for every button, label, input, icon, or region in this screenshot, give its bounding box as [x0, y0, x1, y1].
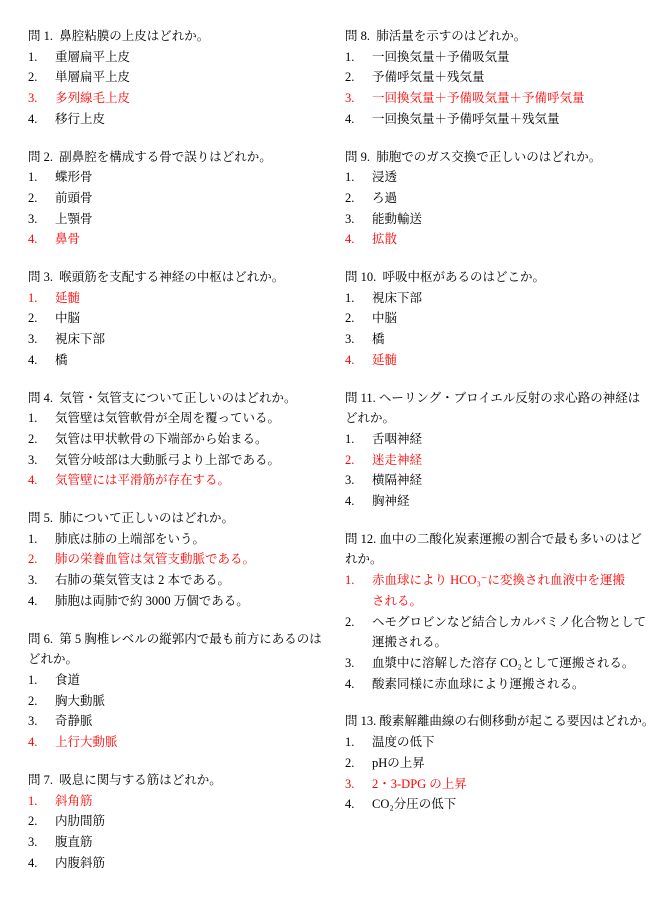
question-heading: 問 6. 第 5 胸椎レベルの縦郭内で最も前方にあるのは どれか。: [28, 629, 345, 670]
option-text: 気管壁には平滑筋が存在する。: [55, 470, 345, 491]
option-text: 多列線毛上皮: [55, 88, 345, 109]
answer-option-row: 3.血漿中に溶解した溶存 CO₂として運搬される。: [345, 653, 662, 674]
option-number: 1.: [28, 408, 55, 429]
option-number: 4.: [28, 732, 55, 753]
question-heading: 問 2. 副鼻腔を構成する骨で誤りはどれか。: [28, 147, 345, 168]
option-number: 2.: [345, 450, 372, 471]
question-heading: 問 5. 肺について正しいのはどれか。: [28, 508, 345, 529]
option-number: 3.: [28, 209, 55, 230]
option-text: 迷走神経: [372, 450, 662, 471]
option-text: ヘモグロビンなど結合しカルバミノ化合物として 運搬される。: [372, 612, 662, 653]
option-number: 4.: [345, 350, 372, 371]
question-block-q12: 問 12. 血中の二酸化炭素運搬の割合で最も多いのはど れか。1.赤血球により …: [345, 529, 662, 695]
answer-option-row: 1.一回換気量＋予備吸気量: [345, 47, 662, 68]
answer-option-row: 2.中脳: [28, 308, 345, 329]
option-text: 内肋間筋: [55, 811, 345, 832]
option-number: 2.: [345, 612, 372, 633]
answer-option-row-highlighted: 4.拡散: [345, 229, 662, 250]
question-heading: 問 3. 喉頭筋を支配する神経の中枢はどれか。: [28, 267, 345, 288]
option-text: 一回換気量＋予備吸気量: [372, 47, 662, 68]
question-block-q11: 問 11. ヘーリング・ブロイエル反射の求心路の神経は どれか。1.舌咽神経2.…: [345, 388, 662, 512]
answer-option-row: 3.視床下部: [28, 329, 345, 350]
option-number: 1.: [28, 791, 55, 812]
option-number: 4.: [345, 674, 372, 695]
answer-option-row: 1.重層扁平上皮: [28, 47, 345, 68]
option-number: 1.: [28, 529, 55, 550]
answer-option-row: 1.温度の低下: [345, 732, 662, 753]
option-number: 3.: [28, 711, 55, 732]
question-block-q3: 問 3. 喉頭筋を支配する神経の中枢はどれか。1.延髄2.中脳3.視床下部4.橋: [28, 267, 345, 371]
question-heading: 問 11. ヘーリング・ブロイエル反射の求心路の神経は どれか。: [345, 388, 662, 429]
option-text: 胸大動脈: [55, 691, 345, 712]
option-text: CO₂分圧の低下: [372, 794, 662, 815]
answer-option-row: 1.蝶形骨: [28, 167, 345, 188]
option-text: 酸素同様に赤血球により運搬される。: [372, 674, 662, 695]
answer-option-row: 1.視床下部: [345, 288, 662, 309]
question-heading: 問 9. 肺胞でのガス交換で正しいのはどれか。: [345, 147, 662, 168]
answer-option-row: 2.気管は甲状軟骨の下端部から始まる。: [28, 429, 345, 450]
option-number: 2.: [345, 188, 372, 209]
option-number: 3.: [345, 88, 372, 109]
option-text: 延髄: [55, 288, 345, 309]
option-number: 2.: [28, 549, 55, 570]
question-heading: 問 4. 気管・気管支について正しいのはどれか。: [28, 388, 345, 409]
option-text: 前頭骨: [55, 188, 345, 209]
answer-option-row: 2.前頭骨: [28, 188, 345, 209]
option-text: 右肺の葉気管支は 2 本である。: [55, 570, 345, 591]
option-number: 1.: [28, 167, 55, 188]
question-block-q13: 問 13. 酸素解離曲線の右側移動が起こる要因はどれか。1.温度の低下2.pHの…: [345, 711, 662, 815]
option-text: 単層扁平上皮: [55, 67, 345, 88]
answer-option-row: 3.能動輸送: [345, 209, 662, 230]
answer-option-row: 4.移行上皮: [28, 109, 345, 130]
answer-option-row: 1.気管壁は気管軟骨が全周を覆っている。: [28, 408, 345, 429]
option-text: 能動輸送: [372, 209, 662, 230]
option-number: 4.: [28, 350, 55, 371]
option-number: 3.: [345, 653, 372, 674]
option-text: 橋: [55, 350, 345, 371]
question-block-q6: 問 6. 第 5 胸椎レベルの縦郭内で最も前方にあるのは どれか。1.食道2.胸…: [28, 629, 345, 753]
option-text: 気管分岐部は大動脈弓より上部である。: [55, 450, 345, 471]
answer-option-row: 2.予備呼気量＋残気量: [345, 67, 662, 88]
option-text: 視床下部: [372, 288, 662, 309]
answer-option-row-highlighted: 4.鼻骨: [28, 229, 345, 250]
answer-option-row: 4.CO₂分圧の低下: [345, 794, 662, 815]
option-number: 4.: [28, 470, 55, 491]
answer-option-row-highlighted: 1.延髄: [28, 288, 345, 309]
answer-option-row: 3.橋: [345, 329, 662, 350]
question-heading: 問 13. 酸素解離曲線の右側移動が起こる要因はどれか。: [345, 711, 662, 732]
option-text: 肺底は肺の上端部をいう。: [55, 529, 345, 550]
option-text: 鼻骨: [55, 229, 345, 250]
answer-option-row: 2.ろ過: [345, 188, 662, 209]
option-number: 1.: [345, 288, 372, 309]
option-number: 4.: [345, 229, 372, 250]
question-heading: 問 10. 呼吸中枢があるのはどこか。: [345, 267, 662, 288]
question-block-q2: 問 2. 副鼻腔を構成する骨で誤りはどれか。1.蝶形骨2.前頭骨3.上顎骨4.鼻…: [28, 147, 345, 251]
option-number: 2.: [28, 308, 55, 329]
option-number: 1.: [28, 670, 55, 691]
question-block-q7: 問 7. 吸息に関与する筋はどれか。1.斜角筋2.内肋間筋3.腹直筋4.内腹斜筋: [28, 770, 345, 874]
answer-option-row: 2.内肋間筋: [28, 811, 345, 832]
answer-option-row-highlighted: 3.2・3-DPG の上昇: [345, 774, 662, 795]
answer-option-row: 4.胸神経: [345, 491, 662, 512]
option-text: 拡散: [372, 229, 662, 250]
answer-option-row-highlighted: 3.一回換気量＋予備吸気量＋予備呼気量: [345, 88, 662, 109]
option-number: 4.: [345, 491, 372, 512]
answer-option-row: 3.上顎骨: [28, 209, 345, 230]
option-number: 2.: [345, 308, 372, 329]
option-text: ろ過: [372, 188, 662, 209]
option-text: 温度の低下: [372, 732, 662, 753]
option-text: 延髄: [372, 350, 662, 371]
option-number: 4.: [345, 794, 372, 815]
answer-option-row: 3.奇静脈: [28, 711, 345, 732]
answer-option-row: 4.一回換気量＋予備呼気量＋残気量: [345, 109, 662, 130]
option-text: pHの上昇: [372, 753, 662, 774]
answer-option-row: 2.ヘモグロビンなど結合しカルバミノ化合物として 運搬される。: [345, 612, 662, 653]
option-number: 3.: [28, 329, 55, 350]
answer-option-row: 1.舌咽神経: [345, 429, 662, 450]
question-block-q4: 問 4. 気管・気管支について正しいのはどれか。1.気管壁は気管軟骨が全周を覆っ…: [28, 388, 345, 492]
option-text: 赤血球により HCO₃⁻に変換され血液中を運搬 される。: [372, 570, 662, 611]
option-number: 4.: [28, 109, 55, 130]
option-number: 1.: [345, 570, 372, 591]
answer-option-row: 4.橋: [28, 350, 345, 371]
exam-question-sheet: 問 1. 鼻腔粘膜の上皮はどれか。1.重層扁平上皮2.単層扁平上皮3.多列線毛上…: [0, 0, 662, 922]
option-text: 中脳: [55, 308, 345, 329]
option-number: 4.: [28, 591, 55, 612]
answer-option-row: 3.気管分岐部は大動脈弓より上部である。: [28, 450, 345, 471]
answer-option-row: 1.浸透: [345, 167, 662, 188]
option-number: 1.: [345, 47, 372, 68]
option-text: 斜角筋: [55, 791, 345, 812]
answer-option-row: 4.酸素同様に赤血球により運搬される。: [345, 674, 662, 695]
option-number: 2.: [28, 691, 55, 712]
answer-option-row: 3.腹直筋: [28, 832, 345, 853]
answer-option-row: 2.中脳: [345, 308, 662, 329]
answer-option-row: 1.食道: [28, 670, 345, 691]
option-text: 上行大動脈: [55, 732, 345, 753]
answer-option-row: 3.右肺の葉気管支は 2 本である。: [28, 570, 345, 591]
option-text: 横隔神経: [372, 470, 662, 491]
option-number: 1.: [345, 732, 372, 753]
option-number: 4.: [345, 109, 372, 130]
answer-option-row: 2.単層扁平上皮: [28, 67, 345, 88]
answer-option-row-highlighted: 2.肺の栄養血管は気管支動脈である。: [28, 549, 345, 570]
option-number: 3.: [345, 209, 372, 230]
option-text: 上顎骨: [55, 209, 345, 230]
answer-option-row: 4.内腹斜筋: [28, 853, 345, 874]
option-text: 肺胞は両肺で約 3000 万個である。: [55, 591, 345, 612]
option-text: 一回換気量＋予備呼気量＋残気量: [372, 109, 662, 130]
option-text: 移行上皮: [55, 109, 345, 130]
option-number: 2.: [345, 753, 372, 774]
option-text: 舌咽神経: [372, 429, 662, 450]
answer-option-row-highlighted: 1.斜角筋: [28, 791, 345, 812]
option-number: 2.: [28, 188, 55, 209]
option-number: 3.: [345, 470, 372, 491]
answer-option-row-highlighted: 3.多列線毛上皮: [28, 88, 345, 109]
option-number: 2.: [28, 429, 55, 450]
question-column-1: 問 1. 鼻腔粘膜の上皮はどれか。1.重層扁平上皮2.単層扁平上皮3.多列線毛上…: [28, 26, 345, 922]
option-number: 1.: [28, 288, 55, 309]
option-text: 視床下部: [55, 329, 345, 350]
question-heading: 問 8. 肺活量を示すのはどれか。: [345, 26, 662, 47]
option-text: 蝶形骨: [55, 167, 345, 188]
option-number: 3.: [345, 774, 372, 795]
option-number: 1.: [28, 47, 55, 68]
answer-option-row: 1.肺底は肺の上端部をいう。: [28, 529, 345, 550]
question-heading: 問 7. 吸息に関与する筋はどれか。: [28, 770, 345, 791]
answer-option-row: 2.胸大動脈: [28, 691, 345, 712]
answer-option-row: 2.pHの上昇: [345, 753, 662, 774]
answer-option-row: 3.横隔神経: [345, 470, 662, 491]
option-text: 予備呼気量＋残気量: [372, 67, 662, 88]
option-text: 2・3-DPG の上昇: [372, 774, 662, 795]
option-number: 1.: [345, 429, 372, 450]
question-column-2: 問 8. 肺活量を示すのはどれか。1.一回換気量＋予備吸気量2.予備呼気量＋残気…: [345, 26, 662, 922]
question-block-q5: 問 5. 肺について正しいのはどれか。1.肺底は肺の上端部をいう。2.肺の栄養血…: [28, 508, 345, 612]
question-block-q10: 問 10. 呼吸中枢があるのはどこか。1.視床下部2.中脳3.橋4.延髄: [345, 267, 662, 371]
answer-option-row-highlighted: 4.延髄: [345, 350, 662, 371]
question-heading: 問 12. 血中の二酸化炭素運搬の割合で最も多いのはど れか。: [345, 529, 662, 570]
option-text: 一回換気量＋予備吸気量＋予備呼気量: [372, 88, 662, 109]
question-block-q1: 問 1. 鼻腔粘膜の上皮はどれか。1.重層扁平上皮2.単層扁平上皮3.多列線毛上…: [28, 26, 345, 130]
option-number: 3.: [28, 88, 55, 109]
option-text: 血漿中に溶解した溶存 CO₂として運搬される。: [372, 653, 662, 674]
option-text: 気管は甲状軟骨の下端部から始まる。: [55, 429, 345, 450]
option-number: 3.: [28, 832, 55, 853]
option-text: 中脳: [372, 308, 662, 329]
option-text: 内腹斜筋: [55, 853, 345, 874]
answer-option-row-highlighted: 4.上行大動脈: [28, 732, 345, 753]
option-text: 胸神経: [372, 491, 662, 512]
option-number: 4.: [28, 853, 55, 874]
option-text: 奇静脈: [55, 711, 345, 732]
option-text: 腹直筋: [55, 832, 345, 853]
option-number: 4.: [28, 229, 55, 250]
answer-option-row-highlighted: 2.迷走神経: [345, 450, 662, 471]
option-number: 3.: [28, 450, 55, 471]
option-number: 1.: [345, 167, 372, 188]
option-text: 橋: [372, 329, 662, 350]
option-number: 3.: [345, 329, 372, 350]
option-number: 2.: [345, 67, 372, 88]
question-heading: 問 1. 鼻腔粘膜の上皮はどれか。: [28, 26, 345, 47]
option-text: 重層扁平上皮: [55, 47, 345, 68]
option-text: 気管壁は気管軟骨が全周を覆っている。: [55, 408, 345, 429]
question-block-q9: 問 9. 肺胞でのガス交換で正しいのはどれか。1.浸透2.ろ過3.能動輸送4.拡…: [345, 147, 662, 251]
option-number: 3.: [28, 570, 55, 591]
answer-option-row: 4.肺胞は両肺で約 3000 万個である。: [28, 591, 345, 612]
answer-option-row-highlighted: 4.気管壁には平滑筋が存在する。: [28, 470, 345, 491]
question-block-q8: 問 8. 肺活量を示すのはどれか。1.一回換気量＋予備吸気量2.予備呼気量＋残気…: [345, 26, 662, 130]
option-text: 浸透: [372, 167, 662, 188]
option-number: 2.: [28, 67, 55, 88]
option-text: 食道: [55, 670, 345, 691]
option-text: 肺の栄養血管は気管支動脈である。: [55, 549, 345, 570]
option-number: 2.: [28, 811, 55, 832]
answer-option-row-highlighted: 1.赤血球により HCO₃⁻に変換され血液中を運搬 される。: [345, 570, 662, 611]
